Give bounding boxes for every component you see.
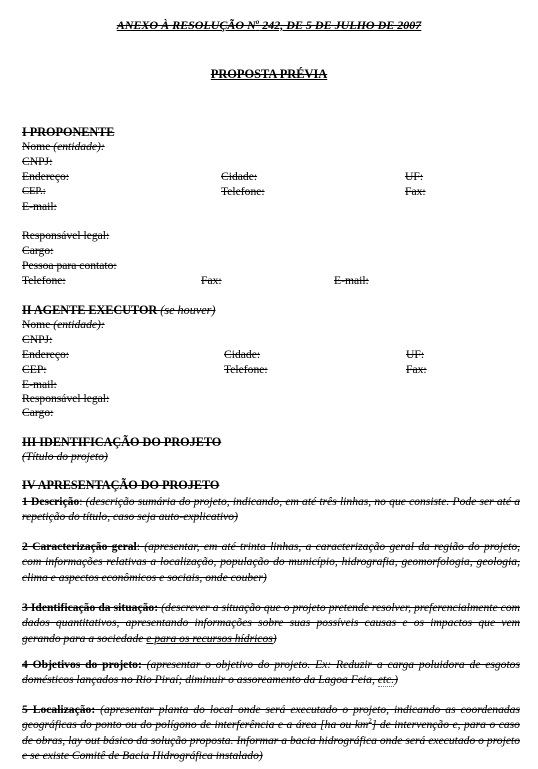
executor-cep-label: CEP: <box>22 363 46 377</box>
document-title: ANEXO À RESOLUÇÃO No 242, DE 5 DE JULHO … <box>0 15 538 32</box>
proponente-cep-label: CEP.: <box>22 185 46 199</box>
proponente-nome-label: Nome (entidade): <box>22 140 105 154</box>
executor-endereco-label: Endereço: <box>22 348 69 362</box>
executor-cnpj-label: CNPJ: <box>22 333 52 347</box>
proponente-fax-label: Fax: <box>405 185 426 199</box>
document-subtitle: PROPOSTA PRÉVIA <box>0 67 538 81</box>
executor-responsavel-label: Responsável legal: <box>22 392 109 406</box>
proponente-contato-label: Pessoa para contato: <box>22 259 117 273</box>
section-apresentacao-heading: IV APRESENTAÇÃO DO PROJETO <box>22 478 219 492</box>
executor-cidade-label: Cidade: <box>224 348 260 362</box>
titulo-projeto-hint: (Título do projeto) <box>22 450 108 464</box>
executor-uf-label: UF: <box>406 348 424 362</box>
section-agente-executor-heading: II AGENTE EXECUTOR (se houver) <box>22 303 215 317</box>
executor-telefone-label: Telefone: <box>224 363 268 377</box>
executor-fax-label: Fax: <box>406 363 427 377</box>
item-identificacao-situacao: 3 Identificação da situação: (descrever … <box>22 600 520 646</box>
section-proponente-heading: I PROPONENTE <box>22 125 114 139</box>
item-descricao: 1 Descrição: (descrição sumária do proje… <box>22 494 520 525</box>
executor-email-label: E-mail: <box>22 378 57 392</box>
item-caracterizacao-geral: 2 Caracterização geral: (apresentar, em … <box>22 539 520 585</box>
executor-cargo-label: Cargo: <box>22 406 53 420</box>
proponente-endereco-label: Endereço: <box>22 170 69 184</box>
contato-email-label: E-mail: <box>334 274 369 288</box>
proponente-responsavel-label: Responsável legal: <box>22 229 109 243</box>
proponente-uf-label: UF: <box>405 170 423 184</box>
proponente-cnpj-label: CNPJ: <box>22 155 52 169</box>
executor-nome-label: Nome (entidade): <box>22 318 105 332</box>
proponente-cargo-label: Cargo: <box>22 244 53 258</box>
proponente-cidade-label: Cidade: <box>221 170 257 184</box>
item-objetivos: 4 Objetivos do projeto: (apresentar o ob… <box>22 657 520 688</box>
contato-telefone-label: Telefone: <box>22 274 66 288</box>
proponente-telefone-label: Telefone: <box>221 185 265 199</box>
contato-fax-label: Fax: <box>201 274 222 288</box>
proponente-email-label: E-mail: <box>22 200 57 214</box>
item-localizacao: 5 Localização: (apresentar planta do loc… <box>22 702 520 763</box>
section-identificacao-heading: III IDENTIFICAÇÃO DO PROJETO <box>22 435 221 449</box>
